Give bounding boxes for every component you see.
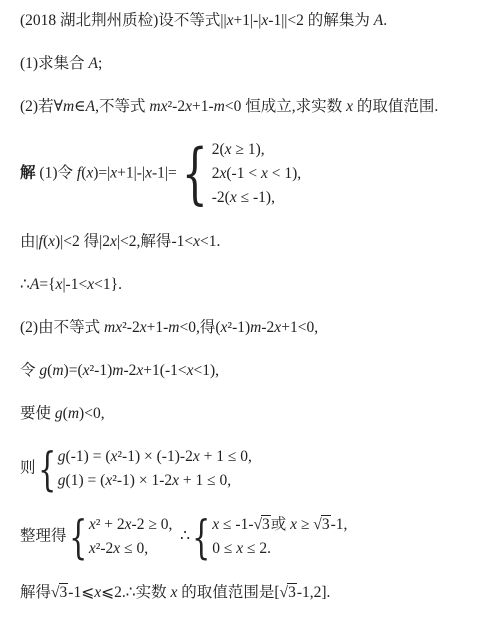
text-run: 令 g(m)=(x²-1)m-2x+1(-1<x<1),	[20, 362, 219, 379]
sqrt-expression: √3	[51, 584, 68, 601]
piecewise-brace-group: {g(-1) = (x²-1) × (-1)-2x + 1 ≤ 0,g(1) =…	[36, 445, 252, 493]
cases-column: x ≤ -1-√3或 x ≥ √3-1,0 ≤ x ≤ 2.	[212, 513, 347, 561]
text-run: -1⩽x⩽2.∴实数 x 的取值范围是[	[68, 584, 279, 601]
text-run: (1)求集合 A;	[20, 55, 102, 72]
radicand: 3	[59, 583, 69, 601]
text-run: x² + 2x-2 ≥ 0,	[89, 516, 173, 533]
case-row: 0 ≤ x ≤ 2.	[212, 537, 271, 561]
case-row: x²-2x ≤ 0,	[89, 537, 148, 561]
question-part2: (2)若∀m∈A,不等式 mx²-2x+1-m<0 恒成立,求实数 x 的取值范…	[20, 95, 487, 118]
case-row: 2x(-1 < x < 1),	[212, 162, 301, 186]
text-run: (2)若∀m∈A,不等式 mx²-2x+1-m<0 恒成立,求实数 x 的取值范…	[20, 98, 438, 115]
left-brace: {	[38, 446, 56, 492]
text-run: (2)由不等式 mx²-2x+1-m<0,得(x²-1)m-2x+1<0,	[20, 319, 318, 336]
solve-absolute-inequality: 由|f(x)|<2 得|2x|<2,解得-1<x<1.	[20, 230, 487, 253]
question-part1: (1)求集合 A;	[20, 52, 487, 75]
left-brace: {	[192, 514, 210, 560]
sqrt-expression: √3	[253, 516, 270, 533]
radicand: 3	[261, 515, 271, 533]
text-run: -1,	[331, 516, 348, 533]
text-run: 由|f(x)|<2 得|2x|<2,解得-1<x<1.	[20, 233, 220, 250]
text-run: (2018 湖北荆州质检)设不等式||x+1|-|x-1||<2 的解集为 A.	[20, 12, 387, 29]
final-conclusion: 解得√3-1⩽x⩽2.∴实数 x 的取值范围是[√3-1,2].	[20, 581, 487, 604]
text-run: 则	[20, 460, 36, 477]
radicand: 3	[321, 515, 331, 533]
simplified-system: 整理得{x² + 2x-2 ≥ 0,x²-2x ≤ 0, ∴{x ≤ -1-√3…	[20, 513, 487, 561]
piecewise-brace-group: {x ≤ -1-√3或 x ≥ √3-1,0 ≤ x ≤ 2.	[190, 513, 347, 561]
cases-column: g(-1) = (x²-1) × (-1)-2x + 1 ≤ 0,g(1) = …	[58, 445, 252, 493]
text-run: g(1) = (x²-1) × 1-2x + 1 ≤ 0,	[58, 472, 231, 489]
case-row: g(1) = (x²-1) × 1-2x + 1 ≤ 0,	[58, 469, 231, 493]
text-run: 2x(-1 < x < 1),	[212, 165, 301, 182]
radicand: 3	[287, 583, 297, 601]
text-run: x²-2x ≤ 0,	[89, 540, 148, 557]
text-run: x ≤ -1-	[212, 516, 253, 533]
case-row: -2(x ≤ -1),	[212, 186, 275, 210]
cases-column: x² + 2x-2 ≥ 0,x²-2x ≤ 0,	[89, 513, 173, 561]
define-g-function: 令 g(m)=(x²-1)m-2x+1(-1<x<1),	[20, 359, 487, 382]
text-run: 整理得	[20, 528, 67, 545]
set-a-result: ∴A={x|-1<x<1}.	[20, 273, 487, 296]
case-row: g(-1) = (x²-1) × (-1)-2x + 1 ≤ 0,	[58, 445, 252, 469]
left-brace: {	[182, 141, 208, 207]
cases-column: 2(x ≥ 1),2x(-1 < x < 1),-2(x ≤ -1),	[212, 138, 301, 210]
sqrt-expression: √3	[313, 516, 330, 533]
text-run: 要使 g(m)<0,	[20, 405, 105, 422]
text-run: 解得	[20, 584, 51, 601]
require-g-negative: 要使 g(m)<0,	[20, 402, 487, 425]
text-run: (1)令 f(x)=|x+1|-|x-1|=	[39, 165, 176, 182]
case-row: x² + 2x-2 ≥ 0,	[89, 513, 173, 537]
problem-source-line: (2018 湖北荆州质检)设不等式||x+1|-|x-1||<2 的解集为 A.	[20, 9, 487, 32]
math-solution-document: (2018 湖北荆州质检)设不等式||x+1|-|x-1||<2 的解集为 A.…	[20, 9, 487, 604]
g-endpoint-system: 则{g(-1) = (x²-1) × (-1)-2x + 1 ≤ 0,g(1) …	[20, 445, 487, 493]
part2-rearrange: (2)由不等式 mx²-2x+1-m<0,得(x²-1)m-2x+1<0,	[20, 316, 487, 339]
text-run: 0 ≤ x ≤ 2.	[212, 540, 271, 557]
solution-piecewise-definition: 解 (1)令 f(x)=|x+1|-|x-1|={2(x ≥ 1),2x(-1 …	[20, 138, 487, 210]
bold-text-run: 解	[20, 165, 39, 182]
text-run: -2(x ≤ -1),	[212, 189, 275, 206]
text-run: -1,2].	[297, 584, 331, 601]
text-run: ∴	[172, 528, 190, 545]
case-row: 2(x ≥ 1),	[212, 138, 265, 162]
piecewise-brace-group: {x² + 2x-2 ≥ 0,x²-2x ≤ 0,	[67, 513, 173, 561]
text-run: ∴A={x|-1<x<1}.	[20, 276, 122, 293]
text-run: 2(x ≥ 1),	[212, 141, 265, 158]
text-run: g(-1) = (x²-1) × (-1)-2x + 1 ≤ 0,	[58, 448, 252, 465]
piecewise-brace-group: {2(x ≥ 1),2x(-1 < x < 1),-2(x ≤ -1),	[177, 138, 301, 210]
case-row: x ≤ -1-√3或 x ≥ √3-1,	[212, 513, 347, 537]
left-brace: {	[69, 514, 87, 560]
sqrt-expression: √3	[280, 584, 297, 601]
text-run: 或 x ≥	[271, 516, 314, 533]
